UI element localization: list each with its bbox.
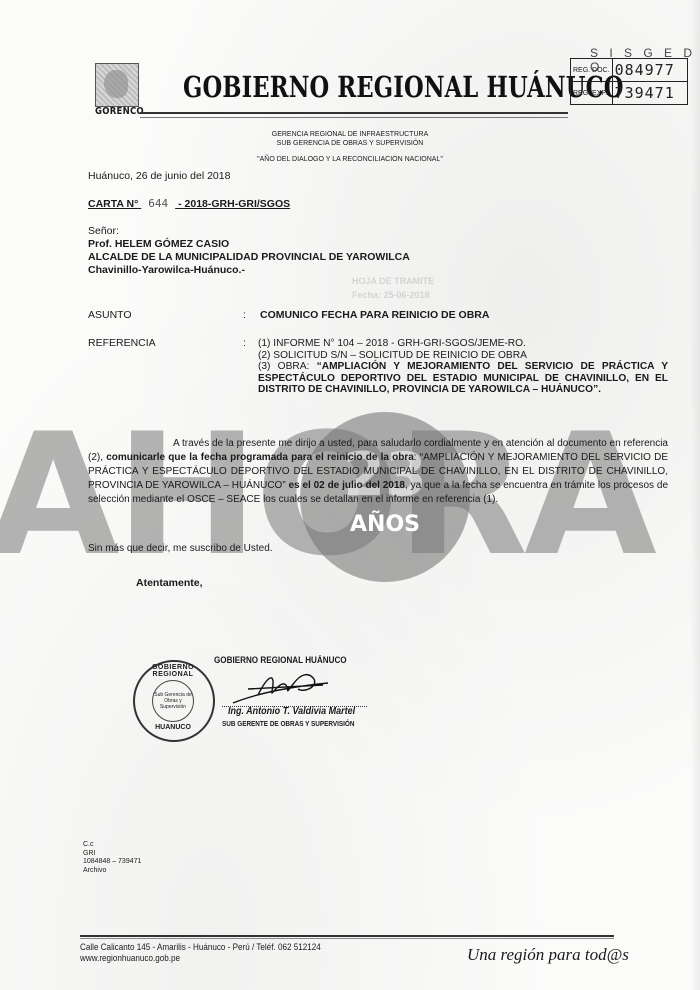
asunto-value: COMUNICO FECHA PARA REINICIO DE OBRA	[260, 309, 489, 321]
referencia-label: REFERENCIA	[88, 337, 156, 349]
cc-block: C.c GRI 1084848 – 739471 Archivo	[83, 841, 141, 875]
referencia-colon: :	[243, 337, 246, 349]
reg-doc-value: 084977	[612, 59, 687, 82]
bleed-through-line-1: HOJA DE TRAMITE	[352, 276, 434, 286]
reference-list: (1) INFORME N° 104 – 2018 - GRH-GRI-SGOS…	[258, 338, 668, 396]
signatory-name: Ing. Antonio T. Valdivia Martel	[228, 706, 355, 717]
watermark-years: AÑOS	[300, 512, 470, 537]
seal-inner-text: Sub Gerencia de Obras y Supervisión	[152, 680, 194, 722]
signature-scribble-icon	[228, 665, 338, 707]
header-rule	[140, 112, 568, 118]
reference-3-text: “AMPLIACIÓN Y MEJORAMIENTO DEL SERVICIO …	[258, 361, 668, 395]
reference-3: (3) OBRA: “AMPLIACIÓN Y MEJORAMIENTO DEL…	[258, 361, 668, 396]
recipient-title: ALCALDE DE LA MUNICIPALIDAD PROVINCIAL D…	[88, 251, 410, 264]
recipient-block: Señor: Prof. HELEM GÓMEZ CASIO ALCALDE D…	[88, 225, 410, 277]
footer-address: Calle Calicanto 145 - Amarilis - Huánuco…	[80, 942, 321, 953]
gorehco-logo-icon	[95, 63, 139, 107]
reg-exp-label: REG. EXP.	[571, 82, 613, 105]
department-line-1: GERENCIA REGIONAL DE INFRAESTRUCTURA	[0, 130, 700, 139]
carta-prefix: CARTA N°	[88, 198, 138, 210]
cc-line: GRI	[83, 850, 141, 859]
reg-exp-value: 739471	[612, 82, 687, 105]
signatory-role: SUB GERENTE DE OBRAS Y SUPERVISIÓN	[222, 719, 354, 728]
footer-contact: Calle Calicanto 145 - Amarilis - Huánuco…	[80, 942, 321, 964]
asunto-label: ASUNTO	[88, 309, 132, 321]
body-bold-2: es el 02 de julio del 2018	[289, 480, 406, 491]
body-paragraph: A través de la presente me dirijo a uste…	[88, 437, 668, 507]
registry-stamp: REG. DOC. 084977 REG. EXP. 739471	[570, 58, 688, 105]
closing: Atentamente,	[136, 577, 203, 589]
logo-text: GORENCO	[95, 106, 144, 117]
footer-rule	[80, 935, 614, 939]
department-block: GERENCIA REGIONAL DE INFRAESTRUCTURA SUB…	[0, 130, 700, 148]
reference-1: (1) INFORME N° 104 – 2018 - GRH-GRI-SGOS…	[258, 338, 668, 350]
footer-slogan: Una región para tod@s	[467, 945, 629, 965]
cc-line: 1084848 – 739471	[83, 858, 141, 867]
year-motto: "AÑO DEL DIALOGO Y LA RECONCILIACION NAC…	[0, 155, 700, 164]
carta-handwritten-number: 644	[141, 197, 175, 210]
bleed-through-line-2: Fecha: 25-06-2018	[352, 290, 430, 300]
salutation: Señor:	[88, 225, 410, 238]
seal-top-text: GOBIERNO REGIONAL	[138, 664, 208, 678]
reference-3-prefix: (3) OBRA:	[258, 361, 317, 372]
footer-website: www.regionhuanuco.gob.pe	[80, 953, 321, 964]
seal-bottom-text: HUANUCO	[138, 724, 208, 731]
closing-line: Sin más que decir, me suscribo de Usted.	[88, 543, 273, 554]
body-bold-1: comunicarle que la fecha programada para…	[106, 452, 414, 463]
cc-line: Archivo	[83, 867, 141, 876]
asunto-colon: :	[243, 309, 246, 321]
department-line-2: SUB GERENCIA DE OBRAS Y SUPERVISIÓN	[0, 139, 700, 148]
place-date: Huánuco, 26 de junio del 2018	[88, 170, 230, 182]
recipient-name: Prof. HELEM GÓMEZ CASIO	[88, 238, 410, 251]
cc-line: C.c	[83, 841, 141, 850]
signature-organization: GOBIERNO REGIONAL HUÁNUCO	[214, 655, 347, 665]
reg-doc-label: REG. DOC.	[571, 59, 613, 82]
letterhead-title: GOBIERNO REGIONAL HUÁNUCO	[183, 70, 624, 104]
carta-number: CARTA N° 644 - 2018-GRH-GRI/SGOS	[88, 197, 290, 210]
carta-suffix: - 2018-GRH-GRI/SGOS	[178, 198, 290, 210]
reference-2: (2) SOLICITUD S/N – SOLICITUD DE REINICI…	[258, 350, 668, 362]
